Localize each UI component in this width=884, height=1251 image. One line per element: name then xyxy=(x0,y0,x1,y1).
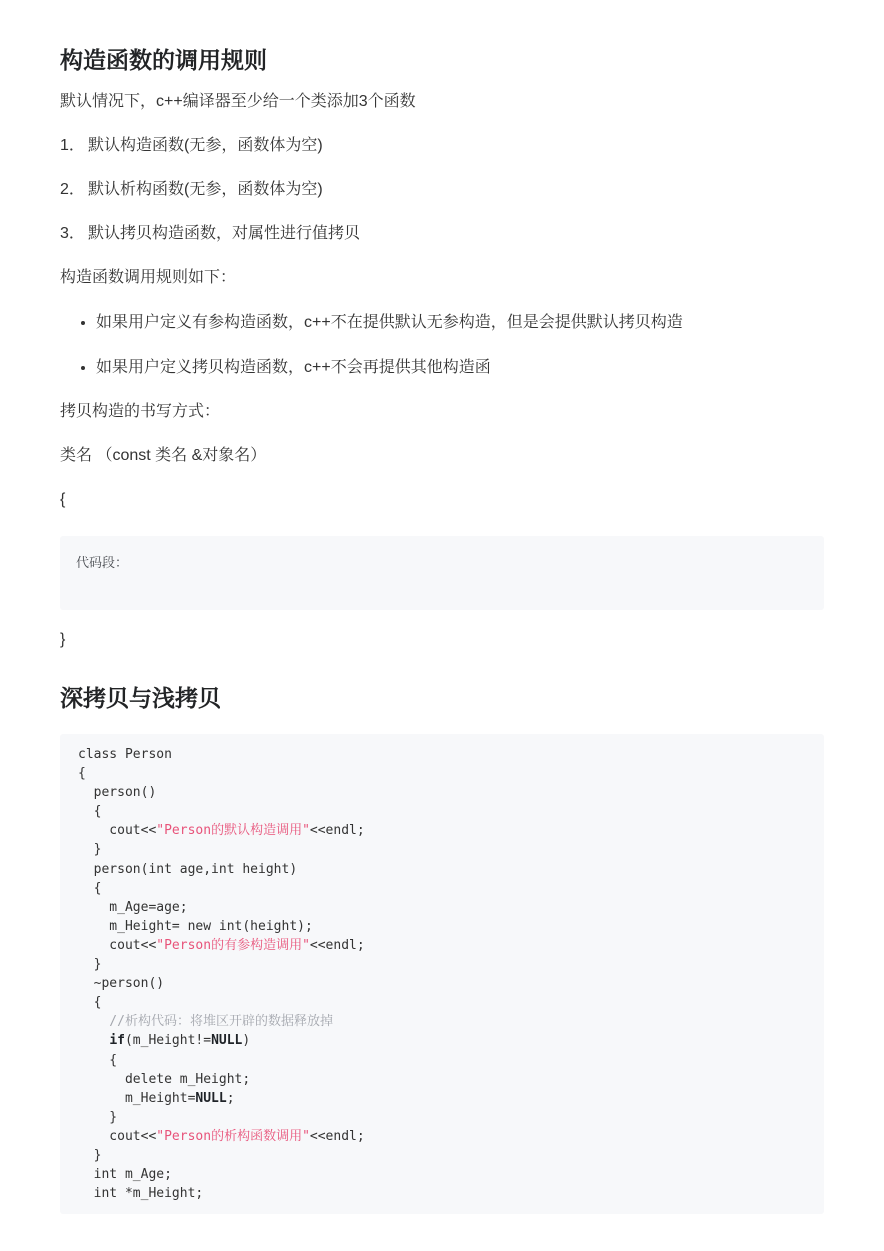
code-line: { xyxy=(78,764,806,783)
ordered-item-2-text: 默认析构函数(无参，函数体为空) xyxy=(88,176,323,204)
code-token-p: person(int age,int height) xyxy=(78,862,297,877)
code-token-k: if xyxy=(109,1033,125,1048)
intro-paragraph: 默认情况下，c++编译器至少给一个类添加3个函数 xyxy=(60,88,824,116)
code-token-p: } xyxy=(78,957,101,972)
heading-constructor-call-rules: 构造函数的调用规则 xyxy=(60,44,824,76)
code-token-p: { xyxy=(78,766,86,781)
code-token-p: ; xyxy=(227,1091,235,1106)
ordered-item-3-marker: 3． xyxy=(60,220,88,248)
ordered-item-3-text: 默认拷贝构造函数，对属性进行值拷贝 xyxy=(88,220,360,248)
ordered-item-2: 2． 默认析构函数(无参，函数体为空) xyxy=(60,176,824,204)
code-token-p: { xyxy=(78,995,101,1010)
code-token-p: delete m_Height; xyxy=(78,1072,250,1087)
code-line: m_Age=age; xyxy=(78,898,806,917)
code-line: m_Height= new int(height); xyxy=(78,917,806,936)
open-brace: { xyxy=(60,486,824,514)
code-token-p: cout<< xyxy=(78,938,156,953)
heading-deep-shallow-copy: 深拷贝与浅拷贝 xyxy=(60,682,824,714)
rules-lead-paragraph: 构造函数调用规则如下： xyxy=(60,264,824,292)
code-line: if(m_Height!=NULL) xyxy=(78,1031,806,1050)
code-token-s: "Person的有参构造调用" xyxy=(156,938,310,953)
rule-bullet-2: 如果用户定义拷贝构造函数，c++不会再提供其他构造函 xyxy=(96,353,824,382)
code-line: delete m_Height; xyxy=(78,1070,806,1089)
code-token-k: NULL xyxy=(195,1091,226,1106)
code-token-p: { xyxy=(78,804,101,819)
code-token-p xyxy=(78,1033,109,1048)
code-token-p: { xyxy=(78,881,101,896)
code-line: m_Height=NULL; xyxy=(78,1089,806,1108)
ordered-item-1-text: 默认构造函数(无参，函数体为空) xyxy=(88,132,323,160)
code-line: class Person xyxy=(78,745,806,764)
document-page: 构造函数的调用规则 默认情况下，c++编译器至少给一个类添加3个函数 1． 默认… xyxy=(0,0,884,1214)
code-token-p: person() xyxy=(78,785,156,800)
code-line: { xyxy=(78,1051,806,1070)
code-token-p: (m_Height!= xyxy=(125,1033,211,1048)
code-line: ~person() xyxy=(78,974,806,993)
code-token-p: m_Height= new int(height); xyxy=(78,919,313,934)
ordered-item-2-marker: 2． xyxy=(60,176,88,204)
code-token-p: } xyxy=(78,1148,101,1163)
code-token-p: cout<< xyxy=(78,1129,156,1144)
code-token-p: m_Height= xyxy=(78,1091,195,1106)
code-line: } xyxy=(78,840,806,859)
ordered-item-3: 3． 默认拷贝构造函数，对属性进行值拷贝 xyxy=(60,220,824,248)
code-line: int *m_Height; xyxy=(78,1184,806,1203)
code-line: { xyxy=(78,802,806,821)
code-line: { xyxy=(78,993,806,1012)
code-line: } xyxy=(78,1146,806,1165)
code-line: } xyxy=(78,1108,806,1127)
code-block-placeholder: 代码段： xyxy=(60,536,824,610)
code-line: cout<<"Person的有参构造调用"<<endl; xyxy=(78,936,806,955)
code-line: } xyxy=(78,955,806,974)
code-token-p: ~person() xyxy=(78,976,164,991)
rules-bullet-list: 如果用户定义有参构造函数，c++不在提供默认无参构造，但是会提供默认拷贝构造 如… xyxy=(60,308,824,382)
code-token-s: "Person的默认构造调用" xyxy=(156,823,310,838)
code-line: cout<<"Person的析构函数调用"<<endl; xyxy=(78,1127,806,1146)
copy-syntax-lead: 拷贝构造的书写方式： xyxy=(60,398,824,426)
copy-syntax-signature: 类名 （const 类名 &对象名） xyxy=(60,442,824,470)
code-line: { xyxy=(78,879,806,898)
code-token-p: <<endl; xyxy=(310,823,365,838)
close-brace: } xyxy=(60,626,824,654)
code-line: int m_Age; xyxy=(78,1165,806,1184)
code-token-p: cout<< xyxy=(78,823,156,838)
code-token-p: int *m_Height; xyxy=(78,1186,203,1201)
code-block-person-class: class Person{ person() { cout<<"Person的默… xyxy=(60,734,824,1214)
code-line: person(int age,int height) xyxy=(78,860,806,879)
code-token-k: NULL xyxy=(211,1033,242,1048)
rule-bullet-1: 如果用户定义有参构造函数，c++不在提供默认无参构造，但是会提供默认拷贝构造 xyxy=(96,308,824,337)
code-token-p: m_Age=age; xyxy=(78,900,188,915)
code-token-p: int m_Age; xyxy=(78,1167,172,1182)
code-token-p: { xyxy=(78,1053,117,1068)
code-token-c: //析构代码：将堆区开辟的数据释放掉 xyxy=(78,1014,333,1029)
code-token-p: class Person xyxy=(78,747,172,762)
code-line: person() xyxy=(78,783,806,802)
code-token-p: ) xyxy=(242,1033,250,1048)
code-line: cout<<"Person的默认构造调用"<<endl; xyxy=(78,821,806,840)
ordered-item-1-marker: 1． xyxy=(60,132,88,160)
ordered-item-1: 1． 默认构造函数(无参，函数体为空) xyxy=(60,132,824,160)
code-token-p: } xyxy=(78,1110,117,1125)
code-token-p: <<endl; xyxy=(310,1129,365,1144)
code-token-s: "Person的析构函数调用" xyxy=(156,1129,310,1144)
code-placeholder-text: 代码段： xyxy=(76,556,128,571)
code-token-p: } xyxy=(78,842,101,857)
code-token-p: <<endl; xyxy=(310,938,365,953)
code-line: //析构代码：将堆区开辟的数据释放掉 xyxy=(78,1012,806,1031)
